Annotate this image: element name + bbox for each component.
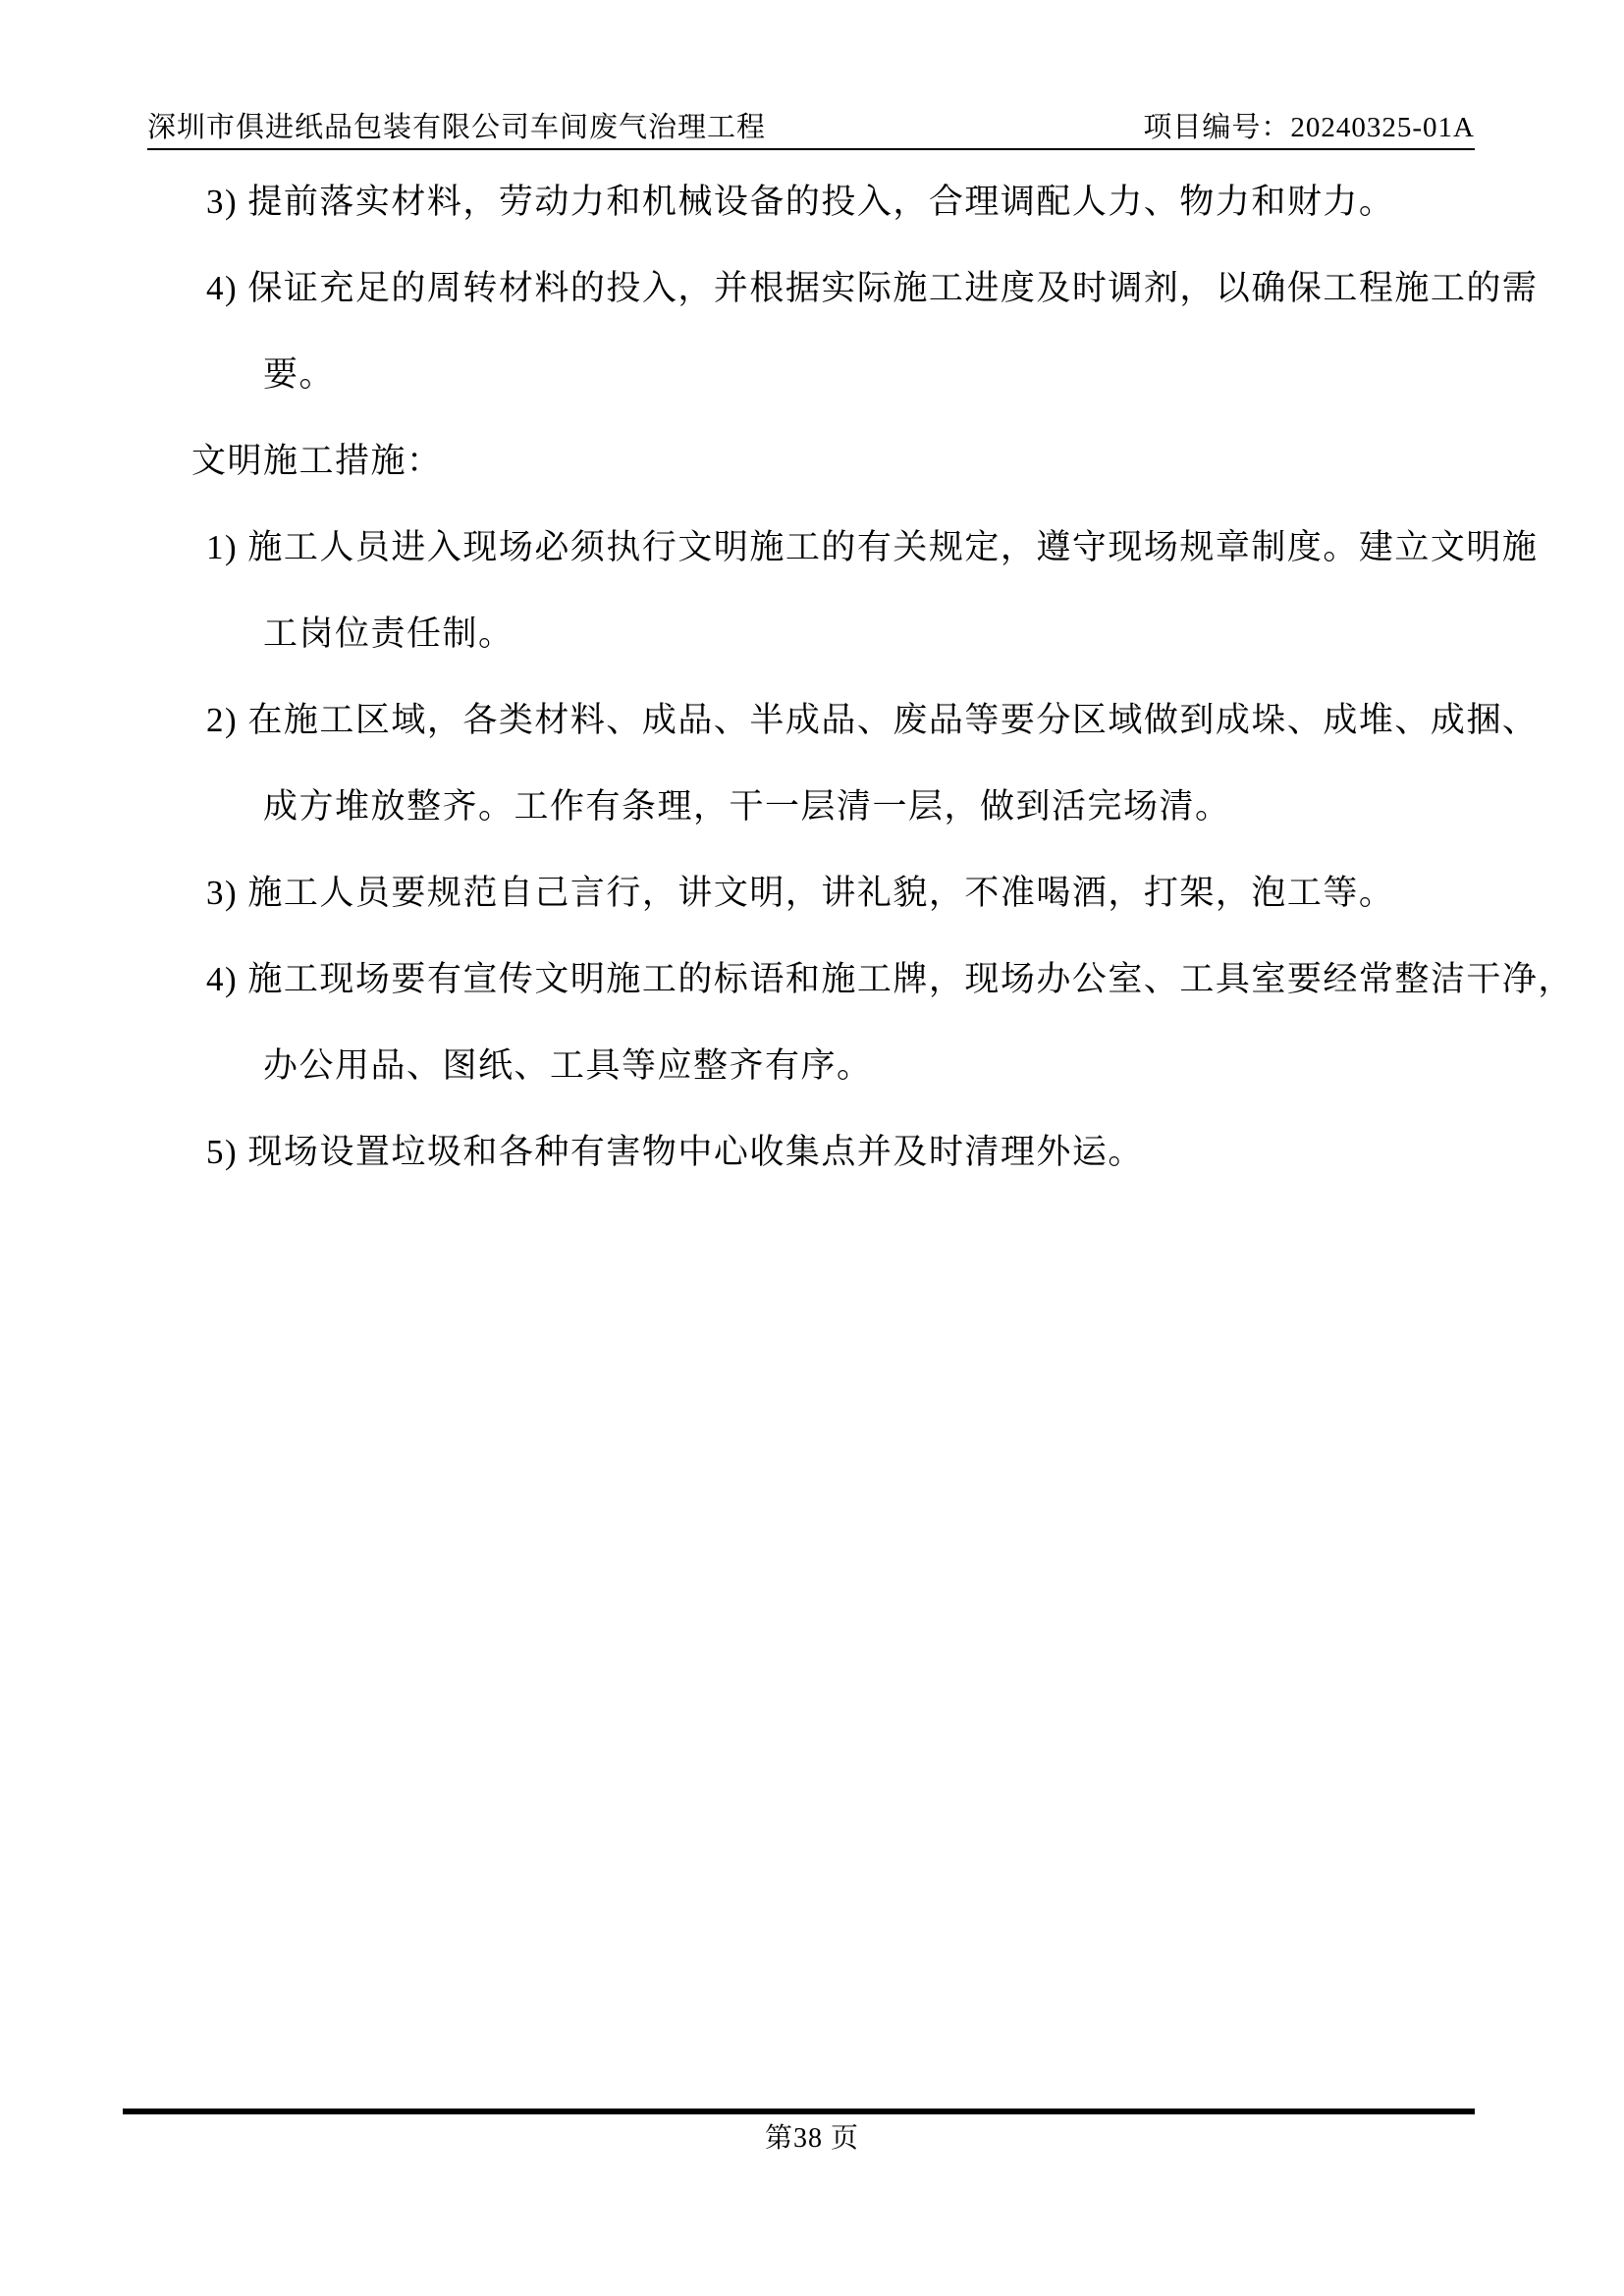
section-heading: 文明施工措施： [147, 418, 1477, 505]
list-item-line: 1) 施工人员进入现场必须执行文明施工的有关规定，遵守现场规章制度。建立文明施 [147, 505, 1477, 591]
list-item-line: 4) 保证充足的周转材料的投入，并根据实际施工进度及时调剂，以确保工程施工的需 [147, 245, 1477, 332]
document-body: 3) 提前落实材料，劳动力和机械设备的投入，合理调配人力、物力和财力。 4) 保… [147, 159, 1477, 1196]
header-project-number: 项目编号：20240325-01A [1143, 105, 1475, 145]
page-number: 第38 页 [0, 2116, 1624, 2156]
header-company-project-title: 深圳市俱进纸品包装有限公司车间废气治理工程 [147, 105, 766, 145]
footer-divider [123, 2109, 1475, 2114]
list-item-line: 5) 现场设置垃圾和各种有害物中心收集点并及时清理外运。 [147, 1109, 1477, 1196]
list-item-line: 3) 施工人员要规范自己言行，讲文明，讲礼貌，不准喝酒，打架，泡工等。 [147, 850, 1477, 936]
list-item-line: 2) 在施工区域，各类材料、成品、半成品、废品等要分区域做到成垛、成堆、成捆、 [147, 677, 1477, 764]
list-item-continuation-line: 工岗位责任制。 [147, 591, 1477, 677]
list-item-line: 4) 施工现场要有宣传文明施工的标语和施工牌，现场办公室、工具室要经常整洁干净， [147, 936, 1477, 1023]
list-item-continuation-line: 办公用品、图纸、工具等应整齐有序。 [147, 1023, 1477, 1109]
page-header: 深圳市俱进纸品包装有限公司车间废气治理工程 项目编号：20240325-01A [147, 0, 1475, 150]
list-item-continuation-line: 成方堆放整齐。工作有条理，干一层清一层，做到活完场清。 [147, 764, 1477, 850]
document-page: 深圳市俱进纸品包装有限公司车间废气治理工程 项目编号：20240325-01A … [0, 0, 1624, 2296]
list-item-line: 3) 提前落实材料，劳动力和机械设备的投入，合理调配人力、物力和财力。 [147, 159, 1477, 245]
list-item-continuation-line: 要。 [147, 332, 1477, 418]
